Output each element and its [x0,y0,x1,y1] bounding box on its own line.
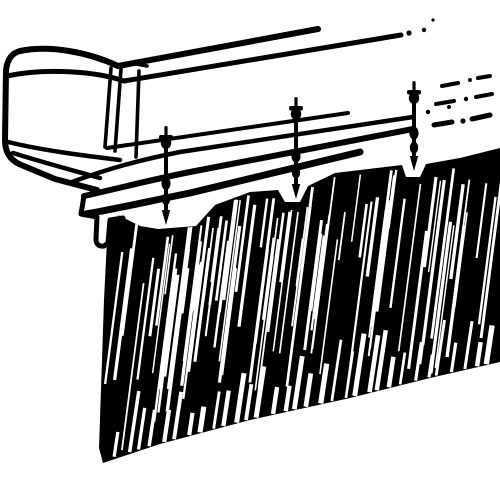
panel-top-edge [20,29,318,66]
panel-crease-1 [105,68,111,147]
illustration-canvas: Black-and-white line drawing of a strip … [0,0,500,500]
strip-brush-illustration: Black-and-white line drawing of a strip … [0,0,500,500]
panel-top-inner-line [7,35,401,81]
rail-dot [460,118,465,123]
panel-lower-edge-a-dashes [442,76,490,86]
brush-bristles [99,148,500,463]
screw-3 [407,81,421,171]
door-panel [5,29,492,190]
